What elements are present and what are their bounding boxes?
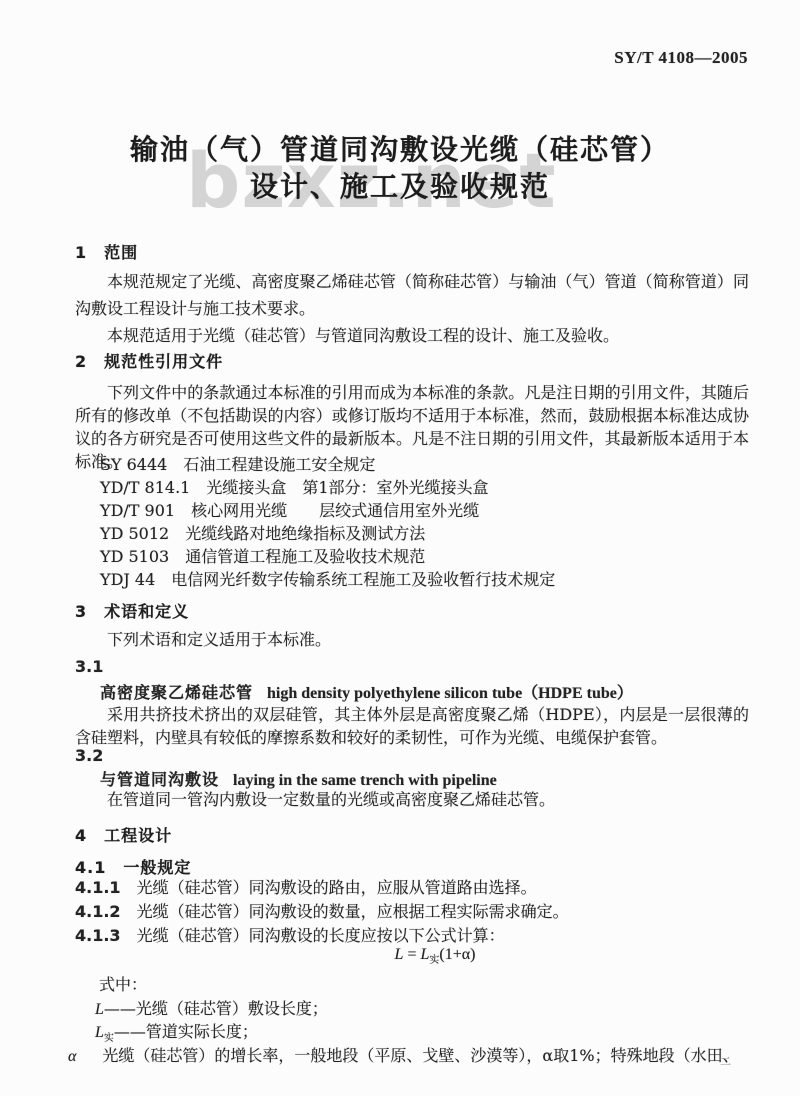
term-3-1-title: 高密度聚乙烯硅芯管high density polyethylene silic… bbox=[100, 680, 750, 703]
section-1-heading: 1 范围 bbox=[75, 240, 138, 263]
where-item-alpha: α光缆（硅芯管）的增长率，一般地段（平原、戈壁、沙漠等），α取1%；特殊地段（水… bbox=[68, 1043, 739, 1066]
where-symbol: L bbox=[95, 1024, 104, 1041]
term-3-2-definition: 在管道同一管沟内敷设一定数量的光缆或高密度聚乙烯硅芯管。 bbox=[75, 791, 749, 809]
term-3-2-zh: 与管道同沟敷设 bbox=[100, 770, 219, 789]
length-formula: L = L实(1+α) bbox=[0, 946, 800, 966]
clause-number: 4.1.1 bbox=[75, 878, 121, 897]
clause-4-1-3: 4.1.3光缆（硅芯管）同沟敷设的长度应按以下公式计算： bbox=[75, 927, 749, 945]
reference-list: SY 6444石油工程建设施工安全规定 YD/T 814.1光缆接头盒 第1部分… bbox=[100, 453, 750, 591]
section-1-paragraph-1: 本规范规定了光缆、高密度聚乙烯硅芯管（简称硅芯管）与输油（气）管道（简称管道）同… bbox=[75, 268, 749, 322]
formula-subscript: 实 bbox=[429, 955, 439, 966]
reference-code: YDJ 44 bbox=[100, 570, 155, 589]
reference-code: YD/T 814.1 bbox=[100, 478, 190, 497]
reference-code: YD 5012 bbox=[100, 524, 169, 543]
where-symbol: L bbox=[95, 1001, 104, 1018]
where-item-L-actual: L实——管道实际长度； bbox=[95, 1019, 258, 1044]
section-4-1-heading: 4.1 一般规定 bbox=[75, 855, 191, 878]
standard-code: SY/T 4108—2005 bbox=[614, 48, 748, 68]
clause-number: 4.1.3 bbox=[75, 926, 121, 945]
where-symbol: α bbox=[68, 1048, 76, 1065]
reference-item: YDJ 44电信网光纤数字传输系统工程施工及验收暂行技术规定 bbox=[100, 568, 750, 591]
term-3-2-number: 3.2 bbox=[75, 746, 103, 765]
reference-title: 光缆线路对地绝缘指标及测试方法 bbox=[185, 524, 425, 543]
term-3-1-en: high density polyethylene silicon tube（H… bbox=[267, 685, 633, 702]
reference-item: YD 5103通信管道工程施工及验收技术规范 bbox=[100, 545, 750, 568]
where-description: ——管道实际长度； bbox=[114, 1022, 258, 1041]
section-3-intro: 下列术语和定义适用于本标准。 bbox=[75, 631, 749, 649]
reference-item: YD/T 901核心网用光缆 层绞式通信用室外光缆 bbox=[100, 499, 750, 522]
clause-4-1-2: 4.1.2光缆（硅芯管）同沟敷设的数量，应根据工程实际需求确定。 bbox=[75, 903, 749, 921]
clause-number: 4.1.2 bbox=[75, 902, 121, 921]
scanned-standard-page: SY/T 4108—2005 bzxz.net 输油（气）管道同沟敷设光缆（硅芯… bbox=[0, 0, 800, 1096]
term-3-2-title: 与管道同沟敷设laying in the same trench with pi… bbox=[100, 767, 750, 790]
formula-equals: = bbox=[407, 946, 416, 963]
formula-where-label: 式中： bbox=[99, 972, 147, 995]
document-title-line1: 输油（气）管道同沟敷设光缆（硅芯管） bbox=[130, 133, 670, 166]
reference-title: 石油工程建设施工安全规定 bbox=[183, 455, 375, 474]
section-4-heading: 4 工程设计 bbox=[75, 823, 172, 846]
clause-text: 光缆（硅芯管）同沟敷设的路由，应服从管道路由选择。 bbox=[137, 878, 537, 897]
clause-text: 光缆（硅芯管）同沟敷设的长度应按以下公式计算： bbox=[137, 926, 505, 945]
reference-title: 通信管道工程施工及验收技术规范 bbox=[185, 547, 425, 566]
term-3-1-zh: 高密度聚乙烯硅芯管 bbox=[100, 683, 253, 702]
where-description: 光缆（硅芯管）的增长率，一般地段（平原、戈壁、沙漠等），α取1%；特殊地段（水田… bbox=[102, 1046, 738, 1065]
section-2-heading: 2 规范性引用文件 bbox=[75, 349, 223, 372]
where-item-L: L——光缆（硅芯管）敷设长度； bbox=[95, 996, 328, 1021]
clause-4-1-1: 4.1.1光缆（硅芯管）同沟敷设的路由，应服从管道路由选择。 bbox=[75, 879, 749, 897]
reference-code: YD 5103 bbox=[100, 547, 169, 566]
where-description: ——光缆（硅芯管）敷设长度； bbox=[104, 999, 328, 1018]
reference-code: SY 6444 bbox=[100, 455, 167, 474]
reference-code: YD/T 901 bbox=[100, 501, 175, 520]
document-title-line2: 设计、施工及验收规范 bbox=[250, 170, 550, 203]
reference-item: YD 5012光缆线路对地绝缘指标及测试方法 bbox=[100, 522, 750, 545]
term-3-1-number: 3.1 bbox=[75, 657, 103, 676]
reference-title: 核心网用光缆 层绞式通信用室外光缆 bbox=[191, 501, 479, 520]
reference-title: 光缆接头盒 第1部分：室外光缆接头盒 bbox=[206, 478, 488, 497]
reference-item: SY 6444石油工程建设施工安全规定 bbox=[100, 453, 750, 476]
term-3-2-en: laying in the same trench with pipeline bbox=[233, 772, 497, 789]
section-1-paragraph-2: 本规范适用于光缆（硅芯管）与管道同沟敷设工程的设计、施工及验收。 bbox=[75, 322, 749, 349]
term-3-1-definition: 采用共挤技术挤出的双层硅管，其主体外层是高密度聚乙烯（HDPE），内层是一层很薄… bbox=[75, 703, 749, 749]
clause-text: 光缆（硅芯管）同沟敷设的数量，应根据工程实际需求确定。 bbox=[137, 902, 569, 921]
section-3-heading: 3 术语和定义 bbox=[75, 599, 189, 622]
formula-lhs: L bbox=[395, 946, 404, 963]
reference-item: YD/T 814.1光缆接头盒 第1部分：室外光缆接头盒 bbox=[100, 476, 750, 499]
scan-artifact-mark: 二 bbox=[720, 1053, 731, 1069]
document-title: 输油（气）管道同沟敷设光缆（硅芯管） 设计、施工及验收规范 bbox=[0, 131, 800, 205]
reference-title: 电信网光纤数字传输系统工程施工及验收暂行技术规定 bbox=[171, 570, 555, 589]
formula-tail: (1+α) bbox=[439, 946, 475, 963]
